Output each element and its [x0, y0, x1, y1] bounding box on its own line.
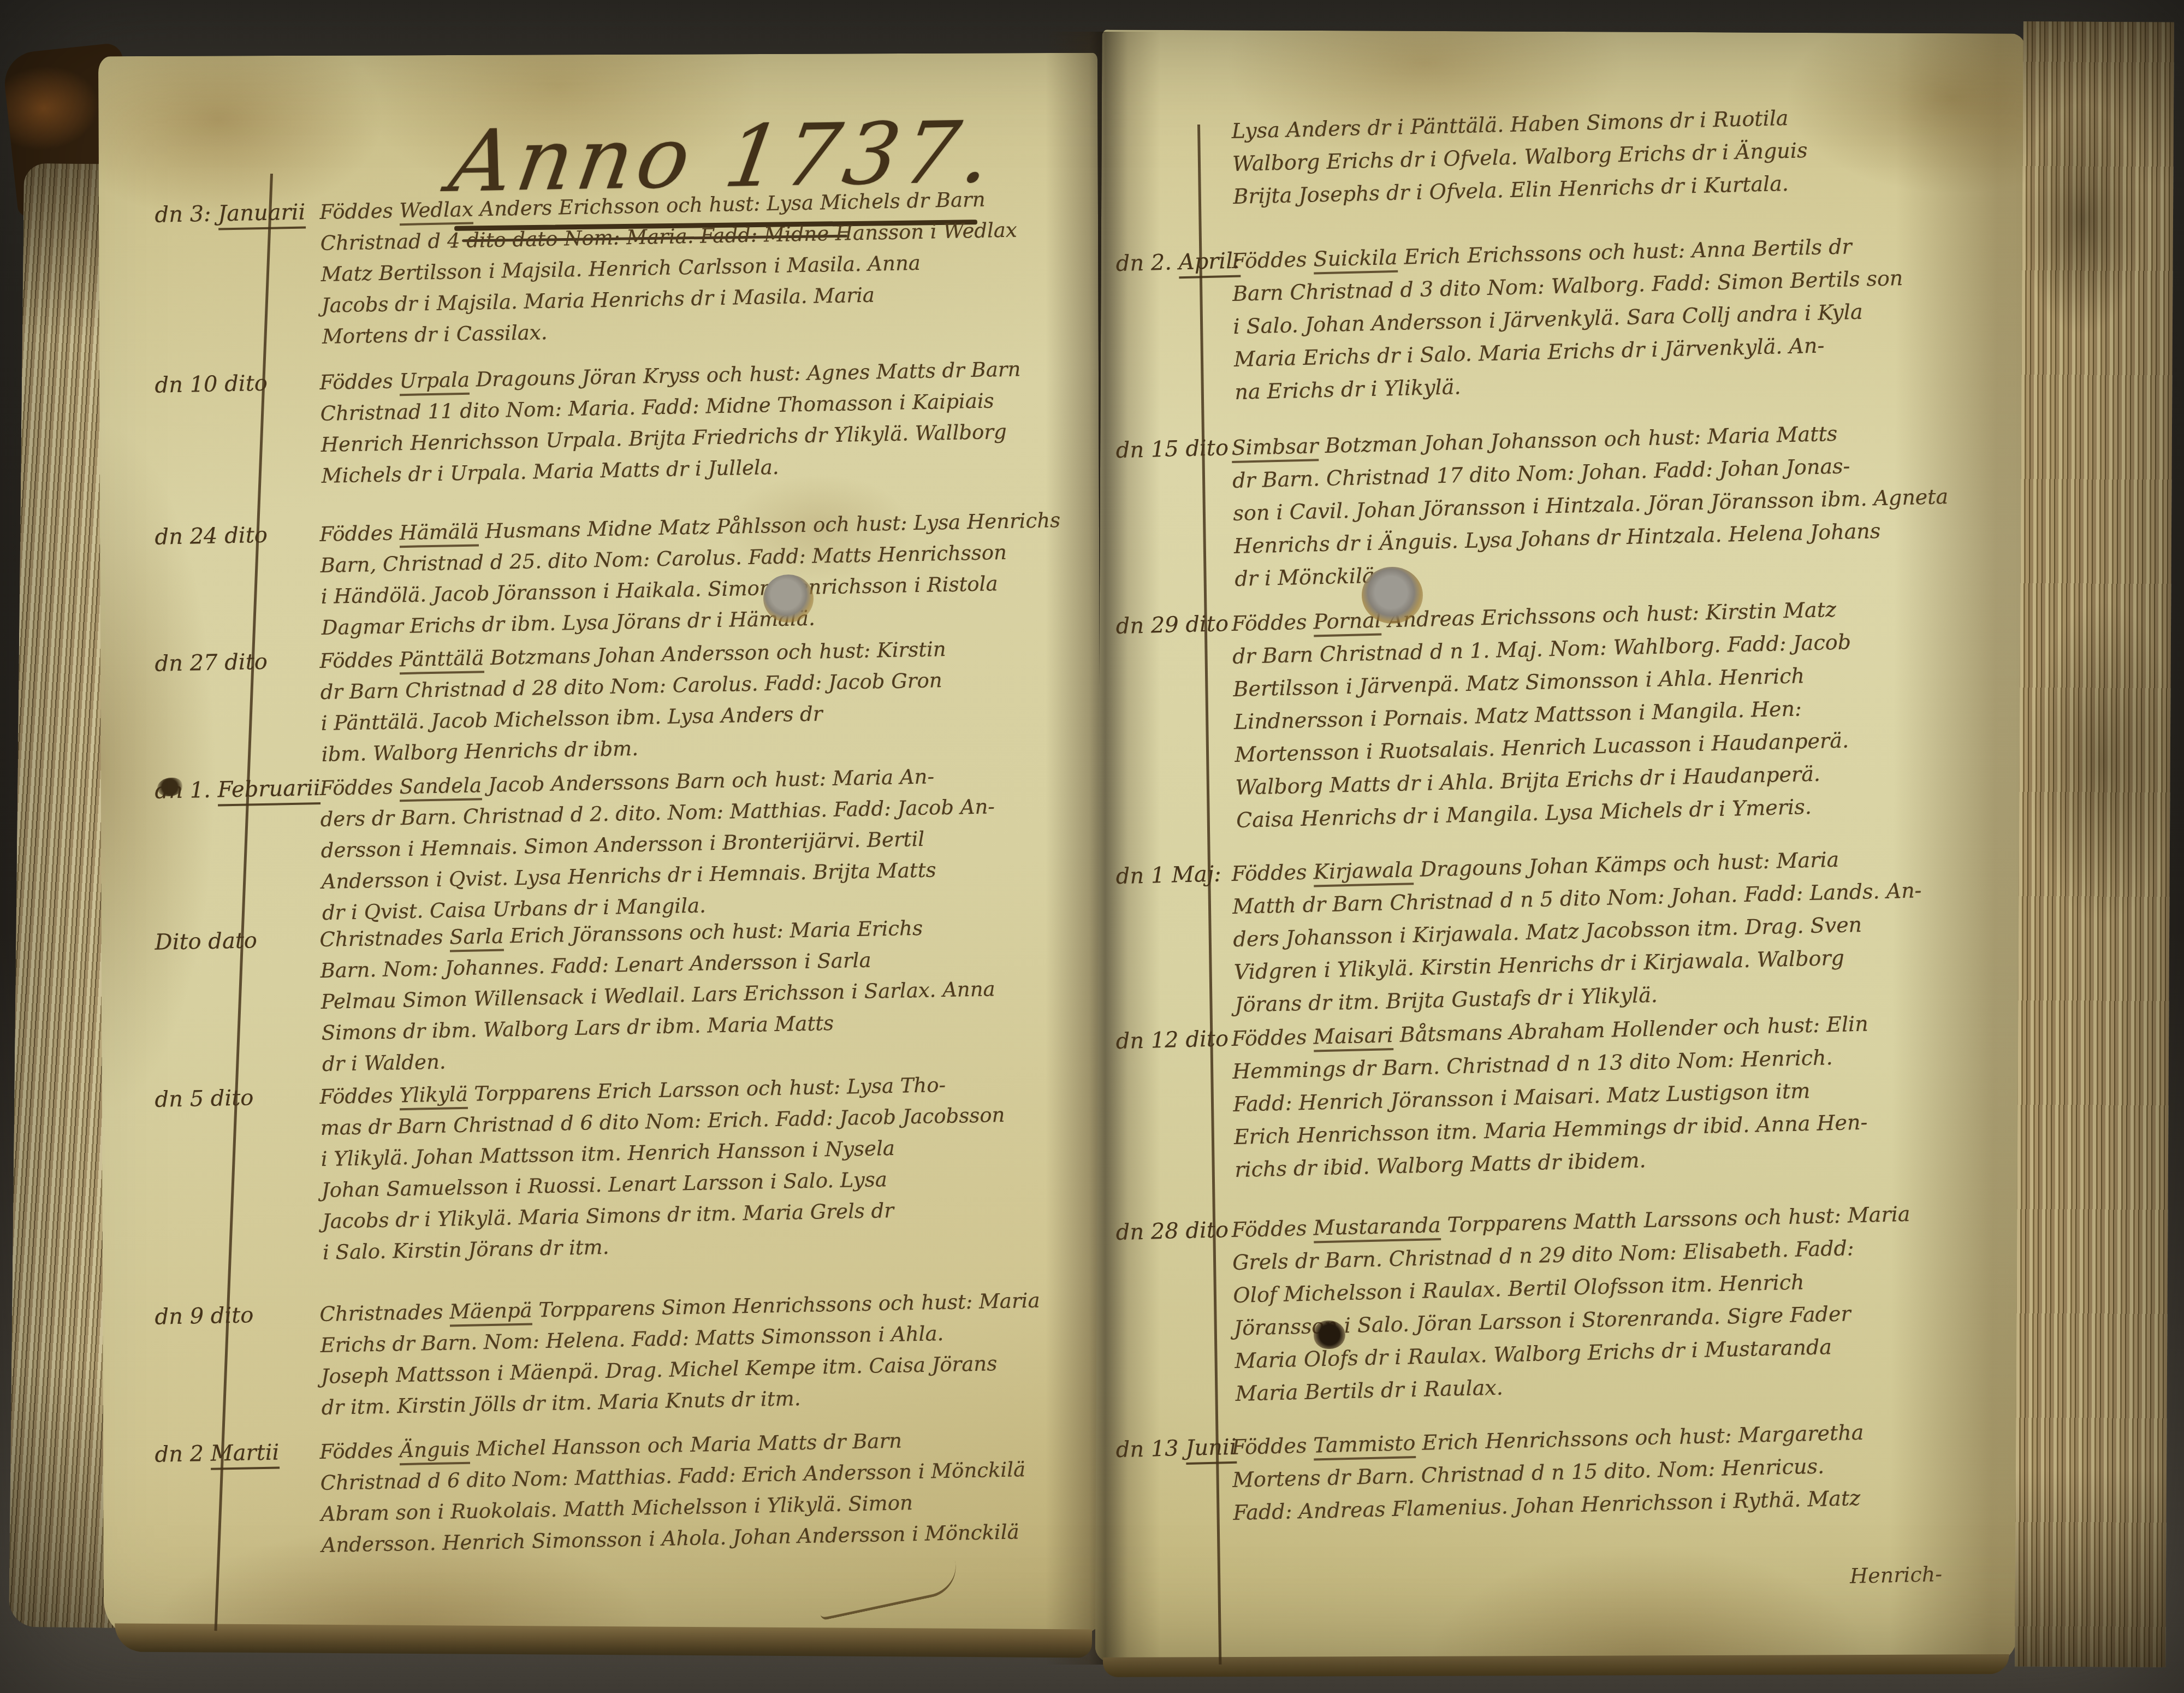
- entry-lead: Föddes: [1231, 609, 1314, 636]
- entry-lead: Christnades: [319, 1300, 450, 1326]
- entry-date-month: Januarii: [218, 200, 306, 230]
- register-entry: dn 9 dito Christnades Mäenpä Torpparens …: [319, 1284, 1102, 1423]
- entry-date: dn 12 dito: [1115, 1022, 1229, 1058]
- register-entry: dn 2 Martii Föddes Änguis Michel Hansson…: [319, 1422, 1102, 1561]
- entry-place: Änguis: [399, 1437, 470, 1465]
- entry-lines: Erichs dr Barn. Nom: Helena. Fadd: Matts…: [320, 1315, 1102, 1423]
- entry-date: dn 1 Maj:: [1115, 857, 1221, 893]
- entry-first-rest: Torpparens Simon Henrichssons och hust: …: [532, 1289, 1040, 1322]
- entry-place: Mäenpä: [449, 1299, 532, 1327]
- entry-lines: mas dr Barn Christnad d 6 dito Nom: Eric…: [320, 1098, 1103, 1268]
- entry-place: Suickila: [1313, 245, 1398, 275]
- right-page-edges: [2015, 21, 2174, 1667]
- entry-first-rest: Michel Hansson och Maria Matts dr Barn: [470, 1429, 902, 1461]
- entry-lead: Föddes: [319, 369, 400, 394]
- entry-date-day: dn 3:: [155, 202, 218, 228]
- entry-place: Urpala: [399, 368, 470, 396]
- manuscript-photo: Anno 1737. dn 3: Januarii Föddes Wedlax …: [0, 0, 2184, 1693]
- entry-date: dn 9 dito: [155, 1300, 254, 1333]
- register-entry: dn 1. Februarii Föddes Sandela Jacob And…: [319, 758, 1103, 928]
- continuation-block: Lysa Anders dr i Pänttälä. Haben Simons …: [1231, 96, 2022, 213]
- entry-place: Hämälä: [399, 519, 479, 548]
- entry-lines: dr Barn. Christnad 17 dito Nom: Johan. F…: [1232, 446, 2023, 595]
- entry-first-rest: Erich Henrichssons och hust: Margaretha: [1415, 1420, 1864, 1455]
- entry-lead: Föddes: [319, 648, 400, 673]
- entry-lines: Lysa Anders dr i Pänttälä. Haben Simons …: [1231, 96, 2022, 213]
- register-entry: dn 28 dito Föddes Mustaranda Torpparens …: [1231, 1195, 2025, 1410]
- entry-date: dn 27 dito: [155, 647, 268, 680]
- entry-date-day: dn 9 dito: [155, 1303, 254, 1329]
- entry-place: Sarla: [449, 925, 504, 952]
- register-entry: dn 5 dito Föddes Ylikylä Torpparens Eric…: [319, 1067, 1103, 1268]
- entry-lines: ders dr Barn. Christnad d 2. dito. Nom: …: [320, 789, 1103, 928]
- entry-lead: Föddes: [1231, 1216, 1314, 1242]
- entry-date-day: Dito dato: [155, 928, 257, 955]
- register-entry: dn 24 dito Föddes Hämälä Husmans Midne M…: [319, 504, 1102, 643]
- entry-first-rest: Jacob Anderssons Barn och hust: Maria An…: [482, 765, 935, 797]
- entry-date: dn 13 Junii: [1115, 1431, 1237, 1466]
- entry-date: dn 10 dito: [155, 368, 268, 401]
- entry-place: Sandela: [399, 773, 482, 802]
- entry-first-rest: Erich Jöranssons och hust: Maria Erichs: [503, 916, 923, 948]
- entry-place: Simbsar: [1231, 434, 1319, 463]
- entry-lines: Hemmings dr Barn. Christnad d n 13 dito …: [1232, 1037, 2023, 1186]
- register-entry: dn 29 dito Föddes Pornal Andreas Erichss…: [1231, 589, 2025, 837]
- entry-lines: Christnad d 4 dito dato Nom: Maria. Fadd…: [320, 213, 1103, 352]
- register-entry: dn 12 dito Föddes Maisari Båtsmans Abrah…: [1231, 1004, 2024, 1186]
- entry-date: dn 15 dito: [1115, 431, 1229, 467]
- register-entry: dn 1 Maj: Föddes Kirjawala Dragouns Joha…: [1231, 839, 2024, 1021]
- register-entry: dn 27 dito Föddes Pänttälä Botzmans Joha…: [319, 631, 1102, 770]
- entry-lead: Christnades: [319, 925, 450, 951]
- entry-date-day: dn 2.: [1115, 250, 1179, 276]
- entry-lead: Föddes: [1231, 247, 1314, 273]
- ink-blot: [1314, 1321, 1345, 1349]
- entry-date-month: Martii: [210, 1440, 280, 1470]
- hanging-word: Henrich-: [1850, 1562, 1943, 1588]
- entry-first-rest: Botzmans Johan Andersson och hust: Kirst…: [484, 637, 946, 670]
- entry-date-month: April:: [1178, 248, 1241, 279]
- left-page-bottom-edge: [115, 1624, 1092, 1658]
- wax-spot: [1362, 567, 1423, 624]
- entry-date-day: dn 13: [1115, 1436, 1186, 1463]
- entry-date-day: dn 12 dito: [1115, 1026, 1228, 1054]
- entry-date-day: dn 10 dito: [155, 371, 268, 398]
- entry-lead: Föddes: [1231, 1025, 1314, 1051]
- entry-place: Tammisto: [1313, 1431, 1416, 1460]
- entry-date: dn 2. April:: [1115, 245, 1241, 280]
- entry-date-day: dn 15 dito: [1115, 435, 1228, 463]
- entry-lines: Christnad 11 dito Nom: Maria. Fadd: Midn…: [320, 383, 1102, 492]
- entry-lines: Christnad d 6 dito Nom: Matthias. Fadd: …: [320, 1453, 1102, 1561]
- entry-lines: dr Barn Christnad d n 1. Maj. Nom: Wahlb…: [1232, 621, 2025, 837]
- entry-lines: Matth dr Barn Christnad d n 5 dito Nom: …: [1232, 872, 2023, 1021]
- register-entry: dn 13 Junii Föddes Tammisto Erich Henric…: [1231, 1412, 2022, 1529]
- register-entry: Dito dato Christnades Sarla Erich Jörans…: [319, 909, 1103, 1080]
- entry-lead: Föddes: [319, 521, 400, 546]
- entry-date-day: dn 1 Maj:: [1115, 861, 1221, 889]
- entry-date-day: dn 2: [155, 1441, 211, 1467]
- entry-lines: Barn, Christnad d 25. dito Nom: Carolus.…: [320, 535, 1102, 643]
- entry-date: dn 24 dito: [155, 520, 268, 553]
- entry-date: dn 3: Januarii: [155, 197, 306, 231]
- entry-date-month: Februarii: [217, 776, 321, 807]
- entry-place: Ylikylä: [399, 1082, 468, 1110]
- entry-place: Mustaranda: [1313, 1213, 1441, 1243]
- entry-first-rest: Dragouns Johan Kämps och hust: Maria: [1413, 848, 1839, 881]
- entry-lead: Föddes: [1231, 1433, 1314, 1459]
- entry-date: dn 29 dito: [1115, 607, 1229, 643]
- entry-date-day: dn 28 dito: [1115, 1217, 1228, 1245]
- register-entry: dn 15 dito Simbsar Botzman Johan Johanss…: [1231, 413, 2024, 595]
- entry-lines: Grels dr Barn. Christnad d n 29 dito Nom…: [1232, 1228, 2025, 1410]
- entry-place: Kirjawala: [1313, 857, 1414, 887]
- entry-first-rest: Torpparens Erich Larsson och hust: Lysa …: [467, 1073, 946, 1106]
- entry-date-day: dn 5 dito: [155, 1085, 254, 1112]
- entry-date-month: Junii: [1185, 1435, 1237, 1465]
- entry-date: dn 5 dito: [155, 1082, 254, 1115]
- entry-lines: Barn Christnad d 3 dito Nom: Walborg. Fa…: [1232, 259, 2023, 409]
- entry-date-day: dn 24 dito: [155, 523, 268, 550]
- entry-lines: Barn. Nom: Johannes. Fadd: Lenart Anders…: [320, 940, 1103, 1080]
- entry-lead: Föddes: [319, 1084, 400, 1109]
- entry-place: Wedlax: [399, 198, 473, 226]
- entry-lead: Föddes: [319, 775, 400, 800]
- register-entry: dn 10 dito Föddes Urpala Dragouns Jöran …: [319, 352, 1102, 492]
- entry-place: Maisari: [1313, 1023, 1393, 1052]
- entry-date: dn 2 Martii: [155, 1437, 280, 1470]
- entry-date-day: dn 29 dito: [1115, 611, 1228, 639]
- entry-lead: Föddes: [319, 1439, 400, 1464]
- entry-place: Pänttälä: [399, 646, 484, 674]
- entry-lead: Föddes: [319, 199, 400, 224]
- entry-date-day: dn 27 dito: [155, 649, 268, 677]
- entry-lead: Föddes: [1231, 860, 1314, 886]
- wax-spot: [763, 575, 814, 623]
- entry-date: Dito dato: [155, 925, 257, 958]
- register-entry: dn 3: Januarii Föddes Wedlax Anders Eric…: [319, 182, 1103, 352]
- entry-date: dn 28 dito: [1115, 1213, 1229, 1249]
- register-entry: dn 2. April: Föddes Suickila Erich Erich…: [1231, 226, 2024, 409]
- entry-lines: dr Barn Christnad d 28 dito Nom: Carolus…: [320, 662, 1102, 770]
- right-page-bottom-edge: [1103, 1654, 2009, 1677]
